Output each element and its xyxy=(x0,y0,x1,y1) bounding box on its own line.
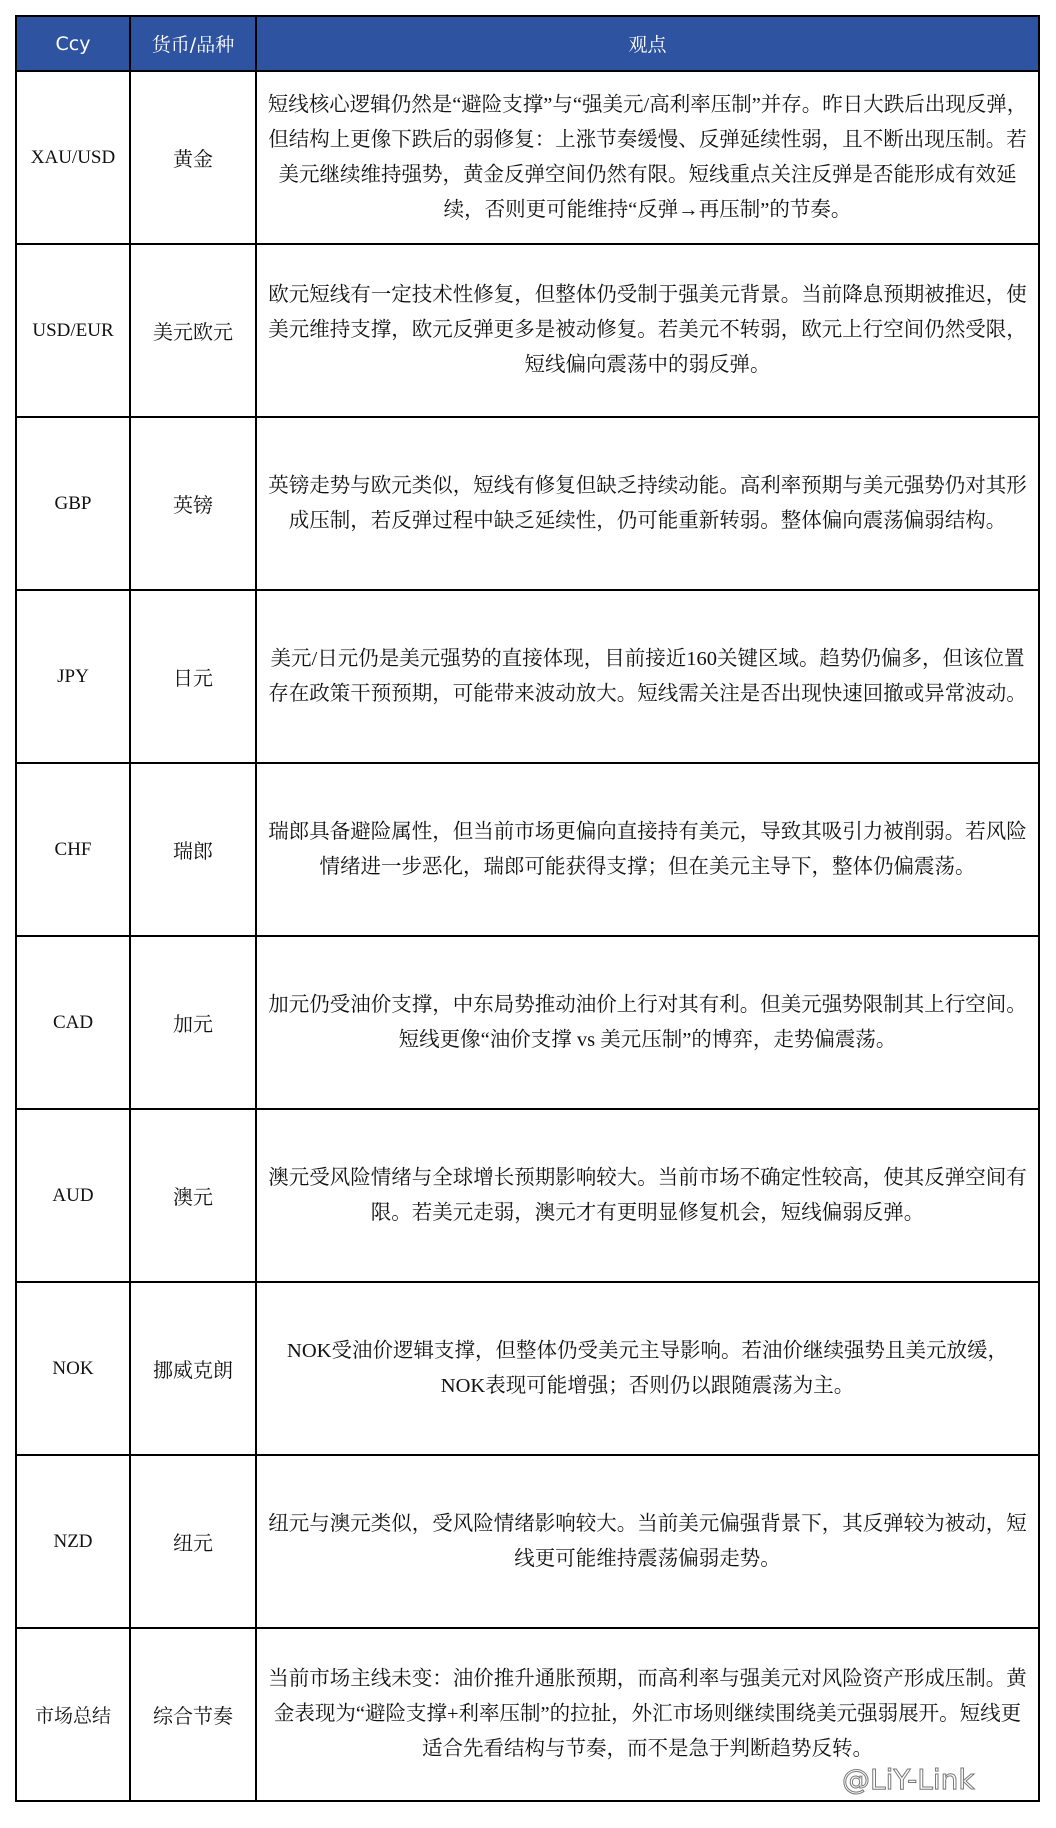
header-view: 观点 xyxy=(256,16,1039,71)
table-row: JPY 日元 美元/日元仍是美元强势的直接体现，目前接近160关键区域。趋势仍偏… xyxy=(16,590,1039,763)
cell-ccy: USD/EUR xyxy=(16,244,130,417)
cell-name: 日元 xyxy=(130,590,256,763)
table-header-row: Ccy 货币/品种 观点 xyxy=(16,16,1039,71)
watermark: @LiY-Link xyxy=(842,1763,975,1796)
cell-ccy: AUD xyxy=(16,1109,130,1282)
cell-name: 综合节奏 xyxy=(130,1628,256,1801)
cell-view: 瑞郎具备避险属性，但当前市场更偏向直接持有美元，导致其吸引力被削弱。若风险情绪进… xyxy=(256,763,1039,936)
cell-name: 黄金 xyxy=(130,71,256,244)
cell-name: 英镑 xyxy=(130,417,256,590)
cell-ccy: CAD xyxy=(16,936,130,1109)
fx-outlook-table: Ccy 货币/品种 观点 XAU/USD 黄金 短线核心逻辑仍然是“避险支撑”与… xyxy=(15,15,1040,1802)
cell-ccy: 市场总结 xyxy=(16,1628,130,1801)
cell-view: 美元/日元仍是美元强势的直接体现，目前接近160关键区域。趋势仍偏多，但该位置存… xyxy=(256,590,1039,763)
cell-name: 瑞郎 xyxy=(130,763,256,936)
cell-name: 加元 xyxy=(130,936,256,1109)
cell-name: 美元欧元 xyxy=(130,244,256,417)
table-row: NZD 纽元 纽元与澳元类似，受风险情绪影响较大。当前美元偏强背景下，其反弹较为… xyxy=(16,1455,1039,1628)
cell-ccy: JPY xyxy=(16,590,130,763)
header-ccy: Ccy xyxy=(16,16,130,71)
cell-name: 挪威克朗 xyxy=(130,1282,256,1455)
cell-name: 纽元 xyxy=(130,1455,256,1628)
cell-view: 欧元短线有一定技术性修复，但整体仍受制于强美元背景。当前降息预期被推迟，使美元维… xyxy=(256,244,1039,417)
header-name: 货币/品种 xyxy=(130,16,256,71)
table-row: GBP 英镑 英镑走势与欧元类似，短线有修复但缺乏持续动能。高利率预期与美元强势… xyxy=(16,417,1039,590)
cell-ccy: NZD xyxy=(16,1455,130,1628)
cell-ccy: XAU/USD xyxy=(16,71,130,244)
cell-ccy: GBP xyxy=(16,417,130,590)
table-row: CAD 加元 加元仍受油价支撑，中东局势推动油价上行对其有利。但美元强势限制其上… xyxy=(16,936,1039,1109)
cell-name: 澳元 xyxy=(130,1109,256,1282)
table-row: NOK 挪威克朗 NOK受油价逻辑支撑，但整体仍受美元主导影响。若油价继续强势且… xyxy=(16,1282,1039,1455)
table-row: XAU/USD 黄金 短线核心逻辑仍然是“避险支撑”与“强美元/高利率压制”并存… xyxy=(16,71,1039,244)
cell-view: 澳元受风险情绪与全球增长预期影响较大。当前市场不确定性较高，使其反弹空间有限。若… xyxy=(256,1109,1039,1282)
cell-view: 短线核心逻辑仍然是“避险支撑”与“强美元/高利率压制”并存。昨日大跌后出现反弹，… xyxy=(256,71,1039,244)
cell-view: 英镑走势与欧元类似，短线有修复但缺乏持续动能。高利率预期与美元强势仍对其形成压制… xyxy=(256,417,1039,590)
cell-ccy: CHF xyxy=(16,763,130,936)
table-row: USD/EUR 美元欧元 欧元短线有一定技术性修复，但整体仍受制于强美元背景。当… xyxy=(16,244,1039,417)
cell-ccy: NOK xyxy=(16,1282,130,1455)
cell-view: 纽元与澳元类似，受风险情绪影响较大。当前美元偏强背景下，其反弹较为被动，短线更可… xyxy=(256,1455,1039,1628)
cell-view: NOK受油价逻辑支撑，但整体仍受美元主导影响。若油价继续强势且美元放缓，NOK表… xyxy=(256,1282,1039,1455)
table-row: AUD 澳元 澳元受风险情绪与全球增长预期影响较大。当前市场不确定性较高，使其反… xyxy=(16,1109,1039,1282)
cell-view: 加元仍受油价支撑，中东局势推动油价上行对其有利。但美元强势限制其上行空间。短线更… xyxy=(256,936,1039,1109)
table-row: CHF 瑞郎 瑞郎具备避险属性，但当前市场更偏向直接持有美元，导致其吸引力被削弱… xyxy=(16,763,1039,936)
